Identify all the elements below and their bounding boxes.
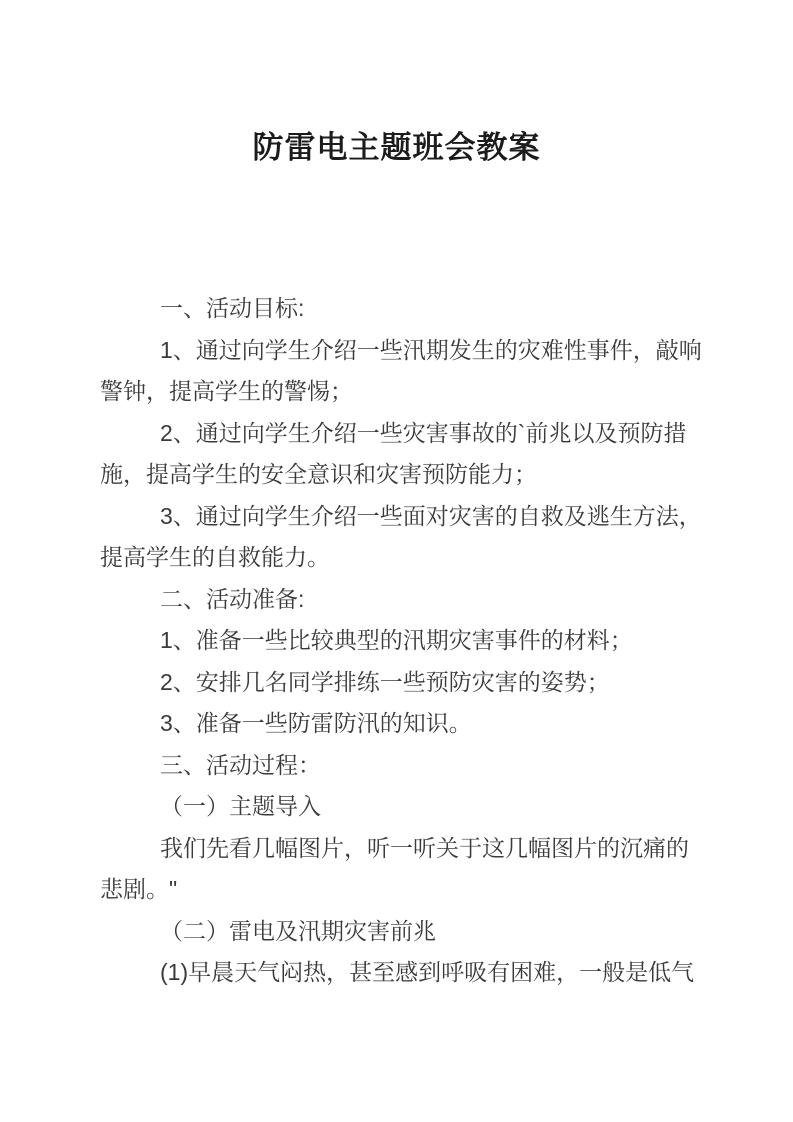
text-line: 悲剧。" bbox=[100, 869, 700, 911]
text-line: 警钟，提高学生的警惕； bbox=[100, 371, 700, 413]
text-line-section-2-heading: 二、活动准备: bbox=[100, 579, 700, 621]
document-body: 一、活动目标: 1、通过向学生介绍一些汛期发生的灾难性事件，敲响 警钟，提高学生… bbox=[100, 288, 700, 994]
document-page: 防雷电主题班会教案 一、活动目标: 1、通过向学生介绍一些汛期发生的灾难性事件，… bbox=[0, 0, 793, 1122]
text-line: 我们先看几幅图片，听一听关于这几幅图片的沉痛的 bbox=[100, 828, 700, 870]
text-line: 3、准备一些防雷防汛的知识。 bbox=[100, 703, 700, 745]
text-line-section-3-heading: 三、活动过程： bbox=[100, 745, 700, 787]
text-line: 2、安排几名同学排练一些预防灾害的姿势； bbox=[100, 662, 700, 704]
text-line: 施，提高学生的安全意识和灾害预防能力； bbox=[100, 454, 700, 496]
text-line: 提高学生的自救能力。 bbox=[100, 537, 700, 579]
text-line: 1、准备一些比较典型的汛期灾害事件的材料； bbox=[100, 620, 700, 662]
text-line: 1、通过向学生介绍一些汛期发生的灾难性事件，敲响 bbox=[100, 330, 700, 372]
text-line-subsection-1-heading: （一）主题导入 bbox=[100, 786, 700, 828]
text-line-section-1-heading: 一、活动目标: bbox=[100, 288, 700, 330]
text-line-subsection-2-heading: （二）雷电及汛期灾害前兆 bbox=[100, 911, 700, 953]
document-title: 防雷电主题班会教案 bbox=[0, 126, 793, 170]
text-line: (1)早晨天气闷热，甚至感到呼吸有困难，一般是低气 bbox=[100, 952, 700, 994]
text-line: 3、通过向学生介绍一些面对灾害的自救及逃生方法， bbox=[100, 496, 700, 538]
text-line: 2、通过向学生介绍一些灾害事故的`前兆以及预防措 bbox=[100, 413, 700, 455]
